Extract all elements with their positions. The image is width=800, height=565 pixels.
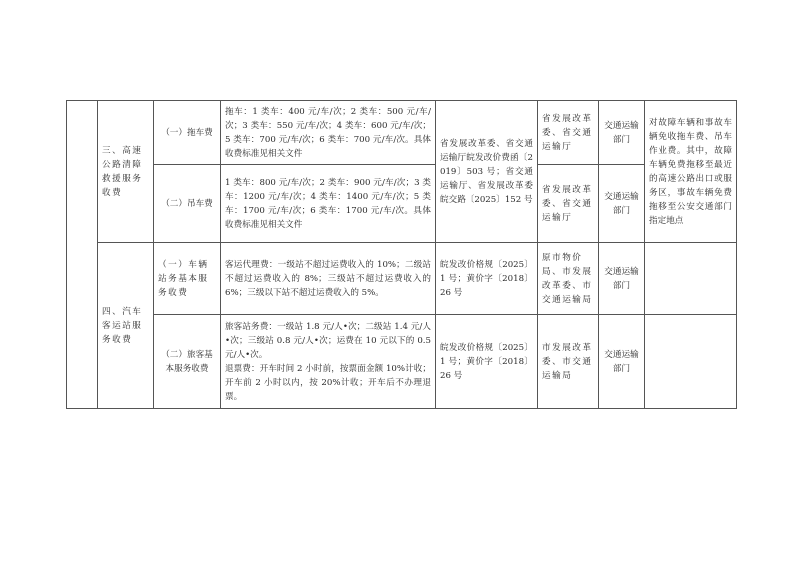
category-cell: 三、高速公路清障救援服务收费 xyxy=(98,101,154,243)
policy-cell: 皖发改价格规〔2025〕1 号；黄价字〔2018〕26 号 xyxy=(436,315,538,409)
standard-cell: 拖车：1 类车：400 元/车/次；2 类车：500 元/车/次；3 类车：55… xyxy=(221,101,436,165)
standard-text: 旅客站务费：一级站 1.8 元/人•次；二级站 1.4 元/人•次；三级站 0.… xyxy=(225,320,431,362)
notes-cell xyxy=(645,243,737,315)
standard-cell: 旅客站务费：一级站 1.8 元/人•次；二级站 1.4 元/人•次；三级站 0.… xyxy=(221,315,436,409)
standard-cell: 1 类车：800 元/车/次；2 类车：900 元/车/次；3 类车：1200 … xyxy=(221,165,436,243)
table-row: 四、汽车客运站服务收费 （一）车辆站务基本服务收费 客运代理费：一级站不超过运费… xyxy=(67,243,737,315)
notes-cell xyxy=(645,315,737,409)
pricing-dept-cell: 市发展改革委、市交通运输局 xyxy=(538,315,599,409)
table-row: （二）吊车费 1 类车：800 元/车/次；2 类车：900 元/车/次；3 类… xyxy=(67,165,737,243)
standard-cell: 客运代理费：一级站不超过运费收入的 10%；二级站不超过运费收入的 8%；三级站… xyxy=(221,243,436,315)
supervision-cell: 交通运输部门 xyxy=(599,101,645,165)
table-row: （二）旅客基本服务收费 旅客站务费：一级站 1.8 元/人•次；二级站 1.4 … xyxy=(67,315,737,409)
supervision-cell: 交通运输部门 xyxy=(599,243,645,315)
notes-cell: 对故障车辆和事故车辆免收拖车费、吊车作业费。其中，故障车辆免费拖移至最近的高速公… xyxy=(645,101,737,243)
policy-cell: 皖发改价格规〔2025〕1 号；黄价字〔2018〕26 号 xyxy=(436,243,538,315)
item-name-cell: （一）拖车费 xyxy=(154,101,221,165)
item-name-cell: （一）车辆站务基本服务收费 xyxy=(154,243,221,315)
index-cell xyxy=(67,101,98,409)
policy-cell: 省发展改革委、省交通运输厅皖发改价费函〔2019〕503 号；省交通运输厅、省发… xyxy=(436,101,538,243)
category-cell: 四、汽车客运站服务收费 xyxy=(98,243,154,409)
table-row: 三、高速公路清障救援服务收费 （一）拖车费 拖车：1 类车：400 元/车/次；… xyxy=(67,101,737,165)
supervision-cell: 交通运输部门 xyxy=(599,165,645,243)
pricing-dept-cell: 原市物价局、市发展改革委、市交通运输局 xyxy=(538,243,599,315)
fee-table: 三、高速公路清障救援服务收费 （一）拖车费 拖车：1 类车：400 元/车/次；… xyxy=(66,100,737,409)
item-name-cell: （二）吊车费 xyxy=(154,165,221,243)
standard-text-refund: 退票费：开车时间 2 小时前，按票面金额 10%计收；开车前 2 小时以内，按 … xyxy=(225,362,431,404)
pricing-dept-cell: 省发展改革委、省交通运输厅 xyxy=(538,165,599,243)
pricing-dept-cell: 省发展改革委、省交通运输厅 xyxy=(538,101,599,165)
item-name-cell: （二）旅客基本服务收费 xyxy=(154,315,221,409)
supervision-cell: 交通运输部门 xyxy=(599,315,645,409)
